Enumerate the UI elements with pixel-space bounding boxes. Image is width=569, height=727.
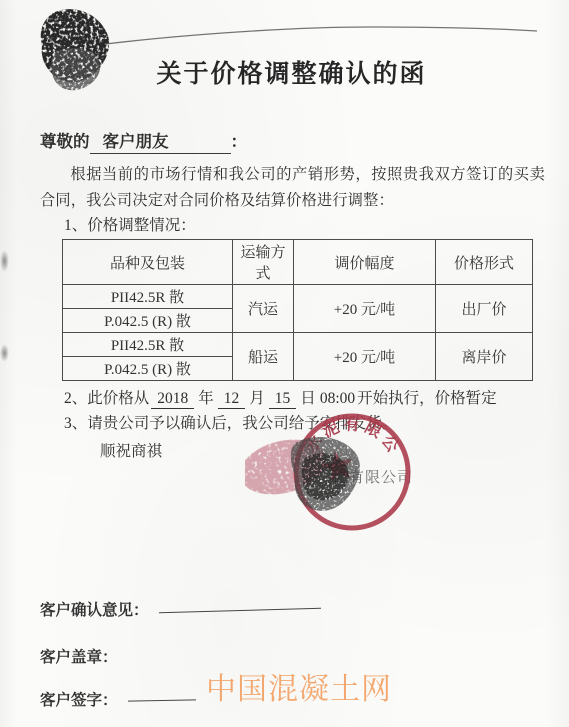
company-seal: 泥有限公司 水泥有限公 — [245, 405, 445, 545]
page-title: 关于价格调整确认的函 — [40, 54, 543, 90]
dark-ink-smudge — [291, 437, 360, 511]
item-1-label: 1、价格调整情况： — [64, 215, 543, 236]
col-header-price-type: 价格形式 — [436, 240, 533, 285]
table-row: PII42.5R 散 船运 +20 元/吨 离岸价 — [63, 333, 533, 357]
product-cell: PII42.5R 散 — [63, 333, 233, 357]
product-cell: P.042.5 (R) 散 — [63, 309, 233, 333]
transport-cell: 汽运 — [233, 285, 294, 333]
document-page: 关于价格调整确认的函 尊敬的客户朋友： 根据当前的市场行情和我公司的产销形势，按… — [0, 0, 569, 727]
customer-confirmation-line: 客户确认意见： — [40, 598, 321, 620]
salutation: 尊敬的客户朋友： — [40, 128, 543, 154]
price-type-cell: 离岸价 — [436, 333, 533, 381]
body-paragraph: 根据当前的市场行情和我公司的产销形势，按照贵我双方签订的买卖合同，我公司决定对合… — [40, 162, 545, 213]
customer-seal-line: 客户盖章： — [40, 645, 118, 667]
scan-artifact — [0, 250, 9, 272]
col-header-product: 品种及包装 — [63, 240, 233, 285]
signature-blank-line — [128, 699, 196, 701]
product-cell: PII42.5R 散 — [63, 285, 233, 309]
salutation-prefix: 尊敬的 — [40, 132, 90, 151]
col-header-adjustment: 调价幅度 — [294, 240, 436, 285]
product-cell: P.042.5 (R) 散 — [63, 357, 233, 381]
adjustment-cell: +20 元/吨 — [294, 285, 436, 333]
effective-month: 12 — [218, 390, 246, 409]
adjustment-cell: +20 元/吨 — [294, 333, 436, 381]
table-row: PII42.5R 散 汽运 +20 元/吨 出厂价 — [63, 285, 533, 309]
recipient-name: 客户朋友 — [90, 128, 231, 154]
seal-label: 客户盖章： — [40, 649, 118, 666]
transport-cell: 船运 — [233, 333, 294, 381]
signature-label: 客户签字： — [40, 692, 118, 709]
confirmation-blank-line — [159, 608, 321, 614]
table-header-row: 品种及包装 运输方式 调价幅度 价格形式 — [63, 240, 533, 285]
year-unit: 年 — [198, 390, 214, 407]
effective-year: 2018 — [151, 390, 194, 409]
price-type-cell: 出厂价 — [436, 285, 533, 333]
confirmation-label: 客户确认意见： — [40, 602, 149, 619]
price-adjustment-table: 品种及包装 运输方式 调价幅度 价格形式 PII42.5R 散 汽运 +20 元… — [62, 239, 533, 381]
col-header-transport: 运输方式 — [233, 240, 294, 285]
customer-signature-line: 客户签字： — [40, 688, 196, 710]
scan-artifact — [0, 344, 9, 362]
salutation-colon: ： — [231, 132, 248, 151]
item-2-prefix: 2、此价格从 — [64, 390, 149, 407]
letter-body: 关于价格调整确认的函 尊敬的客户朋友： 根据当前的市场行情和我公司的产销形势，按… — [0, 0, 569, 461]
site-watermark: 中国混凝土网 — [206, 664, 392, 708]
